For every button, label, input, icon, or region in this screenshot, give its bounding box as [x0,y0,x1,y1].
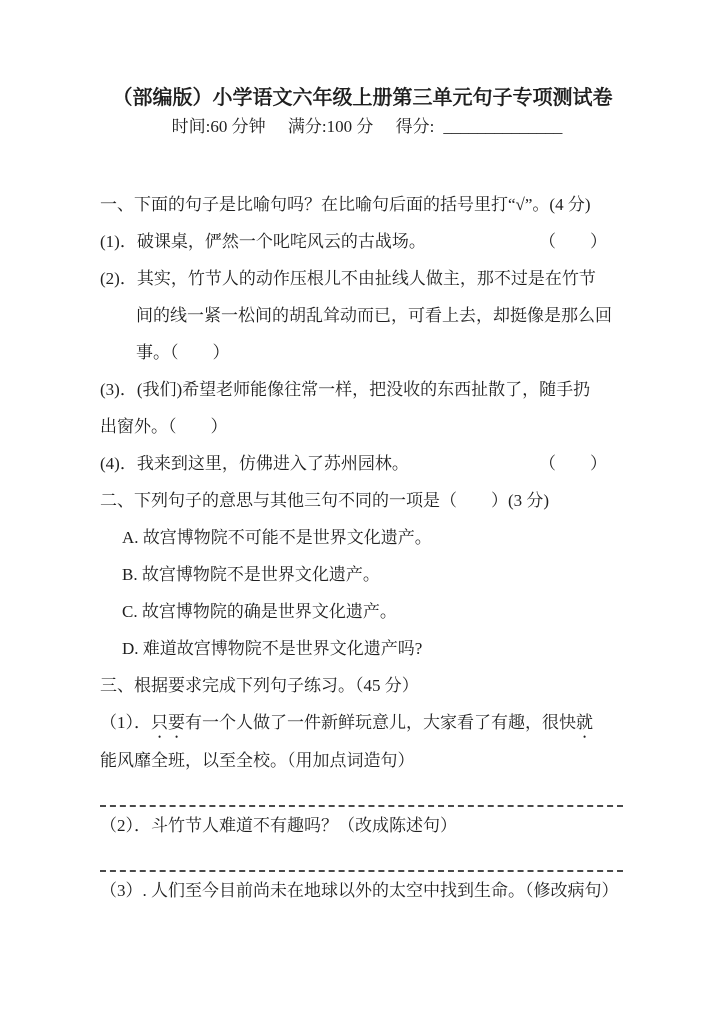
answer-blank-line-1 [100,779,623,807]
score-label: 得分: [396,117,435,136]
section2-option-a: A. 故宫博物院不可能不是世界文化遗产。 [100,519,625,556]
section1-item1: (1)．破课桌，俨然一个叱咤风云的古战场。 （ ） [100,223,625,260]
section1-item4-answer-bracket: （ ） [539,445,625,482]
section3-item1-line2: 能风靡全班，以至全校。（用加点词造句） [100,742,625,779]
section3-item1-emphasized-word-2: 就 [576,713,593,732]
page-title: （部编版）小学语文六年级上册第三单元句子专项测试卷 [100,84,625,112]
section1-item1-answer-bracket: （ ） [539,223,625,260]
section3-item1-middle: 有一个人做了一件新鲜玩意儿，大家看了有趣，很快 [185,713,576,732]
section1-item2-line1: (2)．其实，竹节人的动作压根儿不由扯线人做主，那不过是在竹节 [100,260,625,297]
section3-item1-prefix: （1）． [100,713,151,732]
section2-option-b: B. 故宫博物院不是世界文化遗产。 [100,556,625,593]
section1-item3-line1: (3)．(我们)希望老师能像往常一样，把没收的东西扯散了，随手扔 [100,371,625,408]
section1-item4: (4)．我来到这里，仿佛进入了苏州园林。 （ ） [100,445,625,482]
section1-item1-text: (1)．破课桌，俨然一个叱咤风云的古战场。 [100,223,426,260]
section3-item2: （2）．斗竹节人难道不有趣吗？（改成陈述句） [100,807,625,844]
paper-body: 一、下面的句子是比喻句吗？在比喻句后面的括号里打“√”。(4 分) (1)．破课… [100,186,625,909]
answer-blank-line-2 [100,844,623,872]
section1-item2-line3: 事。（ ） [100,334,625,371]
section1-heading: 一、下面的句子是比喻句吗？在比喻句后面的括号里打“√”。(4 分) [100,186,625,223]
full-score-label: 满分:100 分 [288,117,373,136]
exam-meta-line: 时间:60 分钟 满分:100 分 得分:______________ [100,112,625,142]
section2-option-c: C. 故宫博物院的确是世界文化遗产。 [100,593,625,630]
section3-item3: （3）. 人们至今目前尚未在地球以外的太空中找到生命。（修改病句） [100,872,625,909]
section2-heading: 二、下列句子的意思与其他三句不同的一项是（ ）(3 分) [100,482,625,519]
section3-item1-emphasized-word-1: 只要 [151,713,185,732]
section3-heading: 三、根据要求完成下列句子练习。（45 分） [100,667,625,704]
section1-item2-line2: 间的线一紧一松间的胡乱耸动而已，可看上去，却挺像是那么回 [100,297,625,334]
section1-item4-text: (4)．我来到这里，仿佛进入了苏州园林。 [100,445,409,482]
time-label: 时间:60 分钟 [172,117,266,136]
section1-item3-line2: 出窗外。（ ） [100,408,625,445]
test-paper-page: （部编版）小学语文六年级上册第三单元句子专项测试卷 时间:60 分钟 满分:10… [0,0,724,1024]
section3-item1-line1: （1）．只要有一个人做了一件新鲜玩意儿，大家看了有趣，很快就 [100,704,625,742]
section2-option-d: D. 难道故宫博物院不是世界文化遗产吗? [100,630,625,667]
score-blank: ______________ [443,117,562,136]
